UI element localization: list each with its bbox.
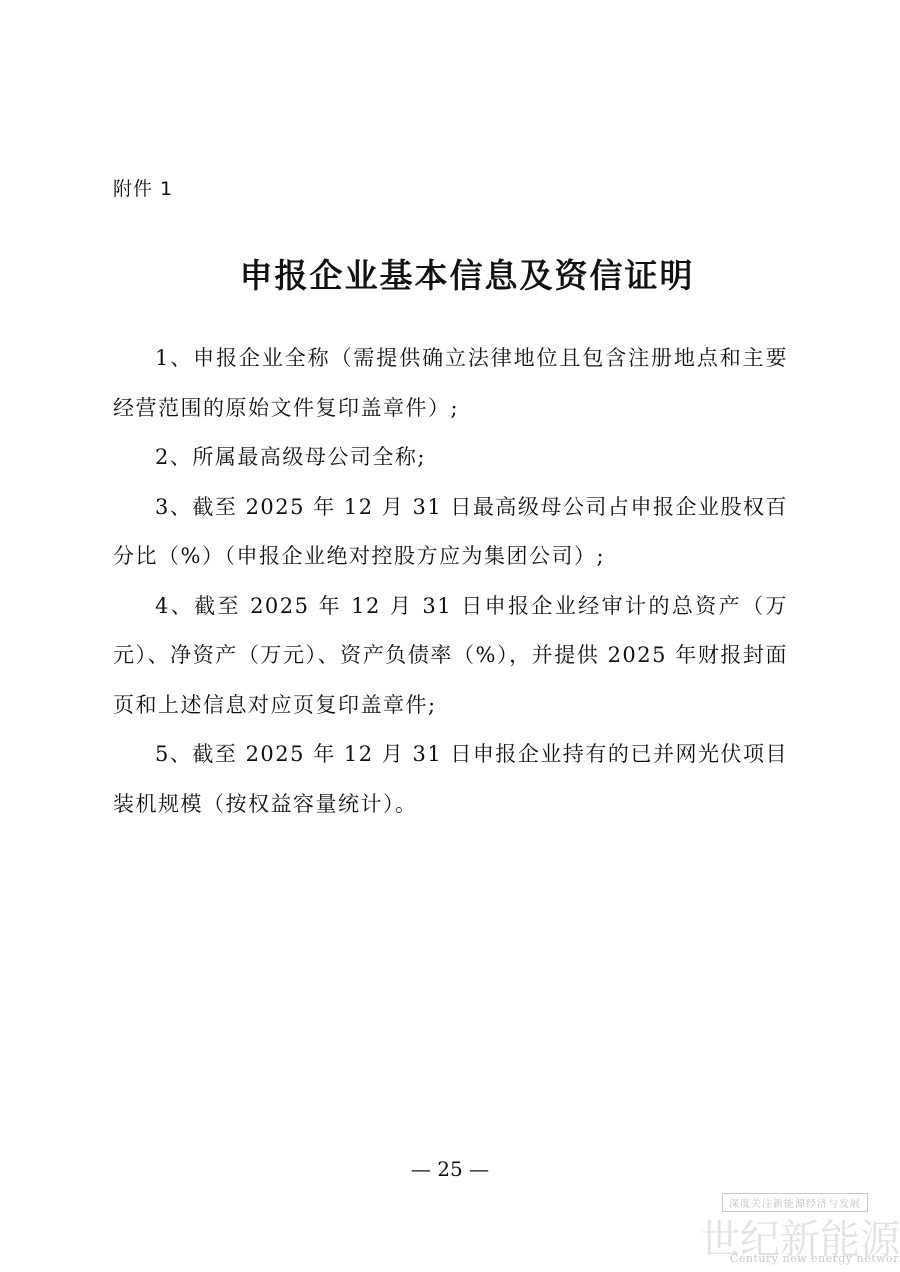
item-1: 1、申报企业全称（需提供确立法律地位且包含注册地点和主要经营范围的原始文件复印盖… (113, 334, 788, 433)
item-3: 3、截至 2025 年 12 月 31 日最高级母公司占申报企业股权百分比（%）… (113, 483, 788, 582)
page-number: — 25 — (0, 1157, 900, 1181)
item-4: 4、截至 2025 年 12 月 31 日申报企业经审计的总资产（万元）、净资产… (113, 582, 788, 731)
watermark: 深度关注新能源经济与发展 世纪新能源网 Century new energy n… (700, 1190, 900, 1272)
item-5: 5、截至 2025 年 12 月 31 日申报企业持有的已并网光伏项目装机规模（… (113, 730, 788, 829)
watermark-english: Century new energy network (730, 1252, 900, 1265)
document-title: 申报企业基本信息及资信证明 (0, 250, 900, 297)
item-2: 2、所属最高级母公司全称; (113, 433, 788, 483)
document-body: 1、申报企业全称（需提供确立法律地位且包含注册地点和主要经营范围的原始文件复印盖… (113, 334, 788, 829)
attachment-label: 附件 1 (113, 174, 173, 201)
